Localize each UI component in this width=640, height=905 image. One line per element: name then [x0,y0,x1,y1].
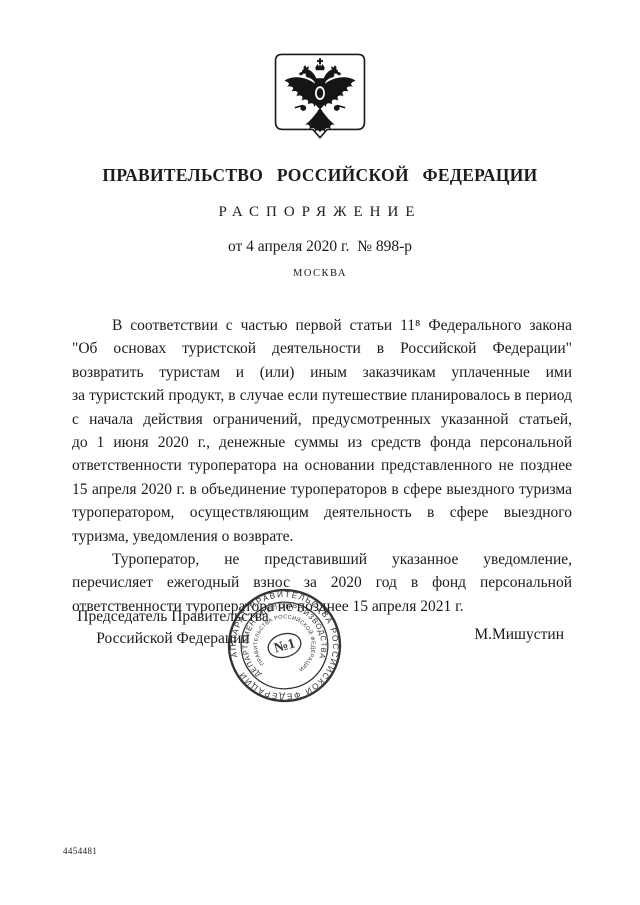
text-line: туроператором, осуществляющим деятельнос… [72,501,572,524]
government-title: ПРАВИТЕЛЬСТВО РОССИЙСКОЙ ФЕДЕРАЦИИ [0,165,640,186]
date-and-number-line: от 4 апреля 2020 г. № 898-р [0,238,640,256]
seal-number: №1 [272,635,297,656]
signer-name: М.Мишустин [474,626,564,644]
document-type-heading: РАСПОРЯЖЕНИЕ [0,204,640,221]
text-line: "Об основах туристской деятельности в Ро… [72,337,572,360]
document-page: ПРАВИТЕЛЬСТВО РОССИЙСКОЙ ФЕДЕРАЦИИ РАСПО… [0,0,640,905]
russian-coat-of-arms-icon [272,52,368,140]
text-line: 15 апреля 2020 г. в объединение туропера… [72,478,572,501]
text-line: за туристский продукт, в случае если пут… [72,384,572,407]
document-registration-number: 4454481 [63,846,97,856]
text-line: туризма, уведомления о возврате. [72,525,572,548]
text-line: возвратить туристам и (или) иным заказчи… [72,361,572,384]
paragraph: В соответствии с частью первой статьи 11… [72,314,572,548]
text-line: до 1 июня 2020 г., денежные суммы из сре… [72,431,572,454]
text-line: с начала действия ограничений, предусмот… [72,408,572,431]
double-headed-eagle-icon [284,58,355,133]
text-line: В соответствии с частью первой статьи 11… [72,314,572,337]
city-label: МОСКВА [0,268,640,279]
text-line: ответственности туроператора на основани… [72,454,572,477]
text-line: Туроператор, не представивший указанное … [72,548,572,571]
